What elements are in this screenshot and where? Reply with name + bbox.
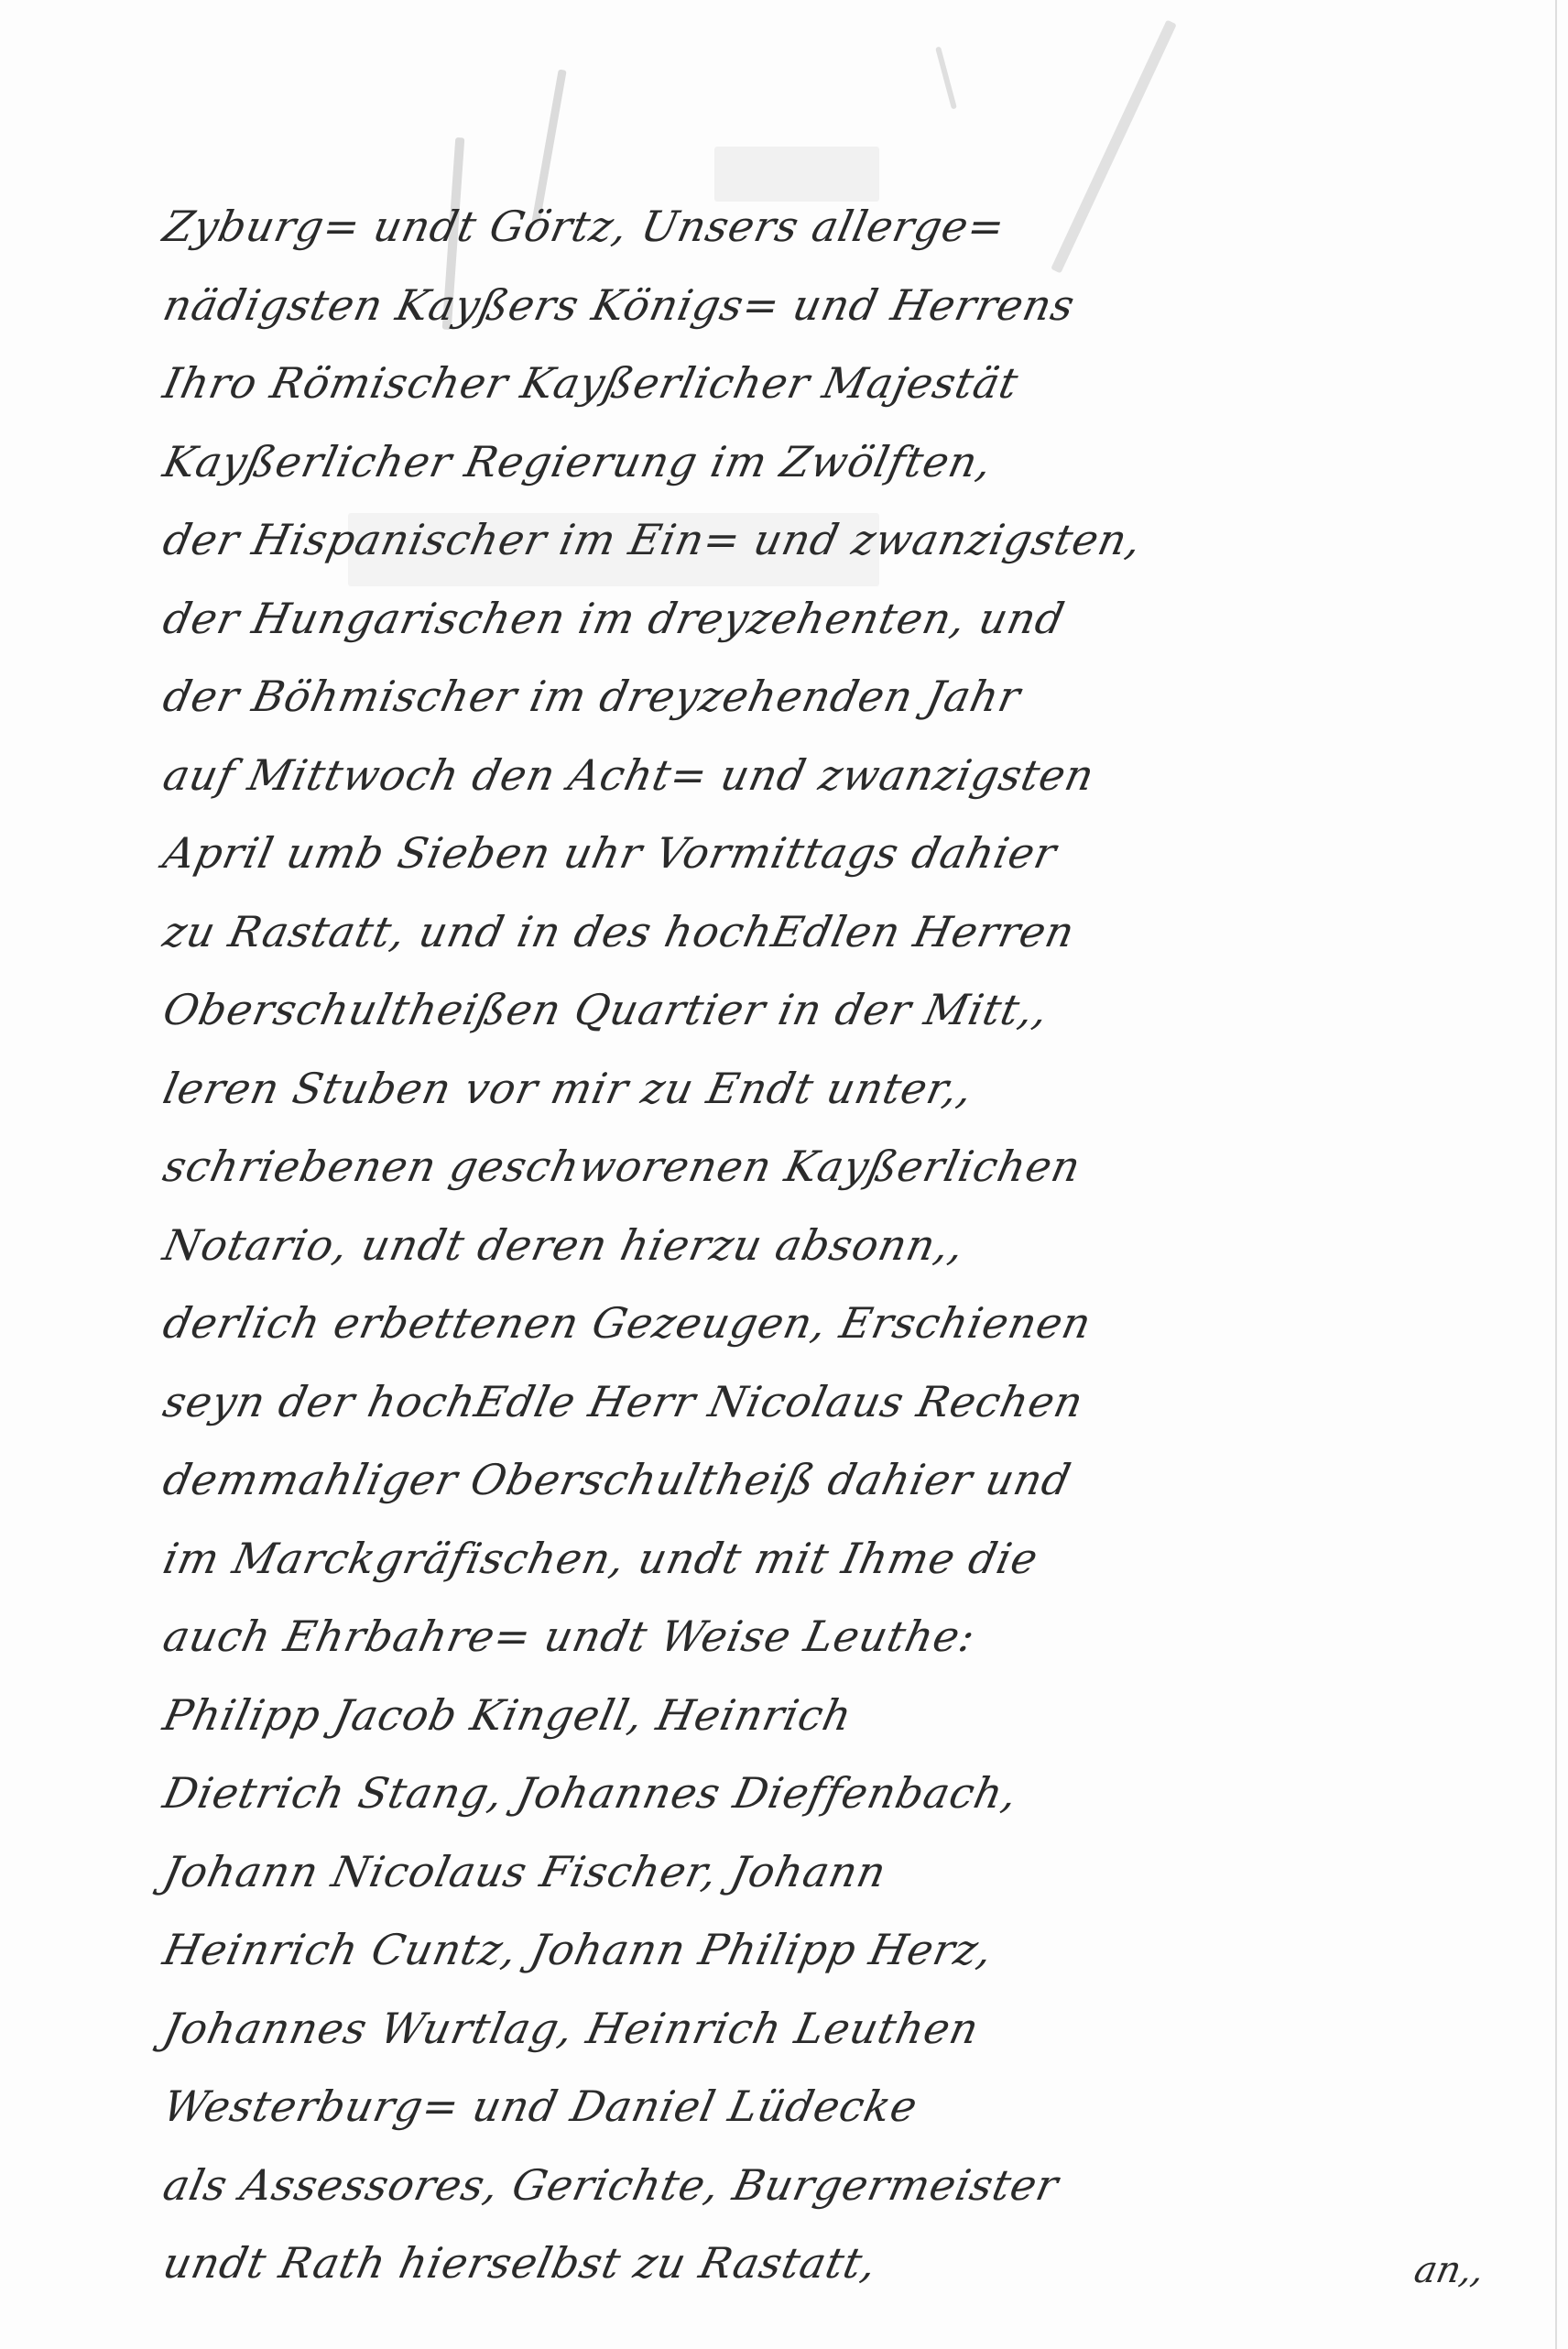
manuscript-line: auch Ehrbahre= undt Weise Leuthe: (156, 1598, 1546, 1677)
handwritten-text-body: Zyburg= undt Görtz, Unsers allerge=nädig… (156, 188, 1530, 2303)
manuscript-line: derlich erbettenen Gezeugen, Erschienen (156, 1284, 1546, 1363)
manuscript-line: nädigsten Kayßers Königs= und Herrens (156, 267, 1546, 345)
ink-bleed-through-mark (935, 46, 957, 109)
manuscript-line: der Böhmischer im dreyzehenden Jahr (156, 658, 1546, 737)
manuscript-line: April umb Sieben uhr Vormittags dahier (156, 814, 1546, 893)
manuscript-line: seyn der hochEdle Herr Nicolaus Rechen (156, 1363, 1546, 1442)
manuscript-line: leren Stuben vor mir zu Endt unter,, (156, 1050, 1546, 1129)
manuscript-line: Dietrich Stang, Johannes Dieffenbach, (156, 1754, 1546, 1833)
paper-edge-line (1555, 0, 1557, 2349)
manuscript-line: Johannes Wurtlag, Heinrich Leuthen (156, 1990, 1546, 2069)
manuscript-line: Kayßerlicher Regierung im Zwölften, (156, 423, 1546, 502)
manuscript-line: auf Mittwoch den Acht= und zwanzigsten (156, 737, 1546, 815)
manuscript-line: Zyburg= undt Görtz, Unsers allerge= (156, 188, 1546, 267)
manuscript-line: Notario, undt deren hierzu absonn,, (156, 1207, 1546, 1285)
manuscript-line: Philipp Jacob Kingell, Heinrich (156, 1677, 1546, 1755)
catchword: an,, (1410, 2249, 1488, 2291)
manuscript-line: der Hispanischer im Ein= und zwanzigsten… (156, 501, 1546, 580)
manuscript-line: im Marckgräfischen, undt mit Ihme die (156, 1520, 1546, 1599)
manuscript-line: schriebenen geschworenen Kayßerlichen (156, 1128, 1546, 1207)
manuscript-page: Zyburg= undt Görtz, Unsers allerge=nädig… (0, 0, 1568, 2349)
manuscript-line: Westerburg= und Daniel Lüdecke (156, 2068, 1546, 2147)
manuscript-line: demmahliger Oberschultheiß dahier und (156, 1441, 1546, 1520)
manuscript-line: Heinrich Cuntz, Johann Philipp Herz, (156, 1911, 1546, 1990)
manuscript-line: undt Rath hierselbst zu Rastatt, (156, 2224, 1546, 2303)
manuscript-line: zu Rastatt, und in des hochEdlen Herren (156, 893, 1546, 972)
manuscript-line: als Assessores, Gerichte, Burgermeister (156, 2147, 1546, 2225)
manuscript-line: der Hungarischen im dreyzehenten, und (156, 580, 1546, 659)
manuscript-line: Johann Nicolaus Fischer, Johann (156, 1833, 1546, 1912)
manuscript-line: Ihro Römischer Kayßerlicher Majestät (156, 344, 1546, 423)
manuscript-line: Oberschultheißen Quartier in der Mitt,, (156, 971, 1546, 1050)
